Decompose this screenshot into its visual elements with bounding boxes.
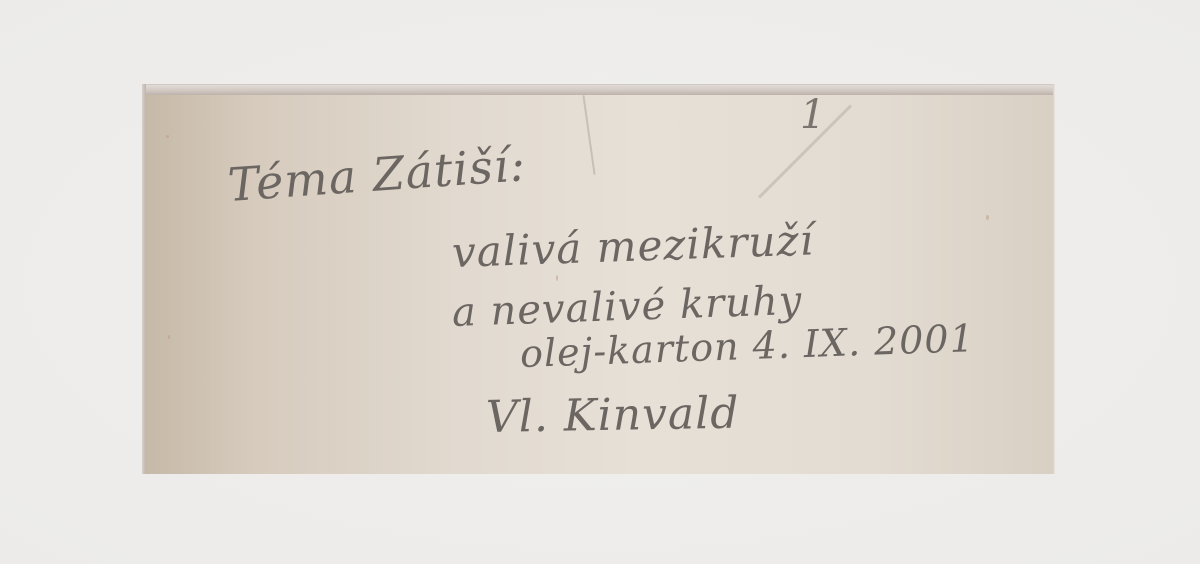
speck <box>168 335 170 339</box>
speck <box>556 275 558 281</box>
artist-signature: Vl. Kinvald <box>486 388 740 443</box>
mat-bevel-left <box>142 84 146 474</box>
mat-bevel-right <box>1053 84 1056 474</box>
top-pencil-mark: 1 <box>800 92 826 138</box>
mat-bevel-top <box>142 84 1056 95</box>
speck <box>986 215 989 220</box>
speck <box>166 135 169 138</box>
